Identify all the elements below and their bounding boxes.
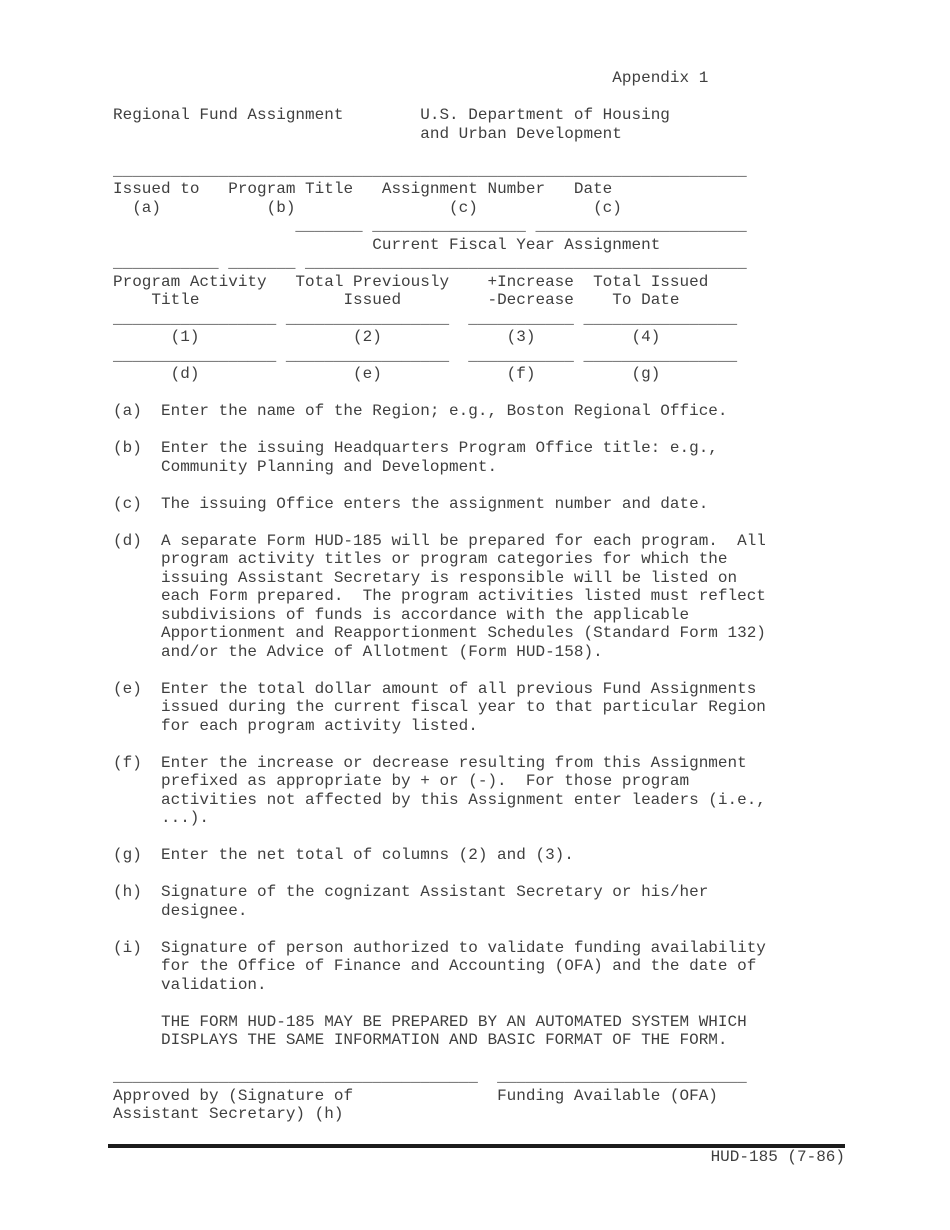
instruction-text: Signature of person authorized to valida… (161, 939, 766, 995)
table-top-rule-line: ________________________________________… (113, 162, 950, 181)
column-number-rule-line: _________________ _________________ ____… (113, 310, 950, 329)
instruction-text: Enter the net total of columns (2) and (… (161, 846, 574, 865)
instructions-list: (a)Enter the name of the Region; e.g., B… (113, 402, 950, 994)
instruction-item-i: (i)Signature of person authorized to val… (113, 939, 950, 995)
form-number: HUD-185 (7-86) (711, 1148, 845, 1166)
note-text: THE FORM HUD-185 MAY BE PREPARED BY AN A… (161, 1013, 950, 1050)
instruction-item-h: (h)Signature of the cognizant Assistant … (113, 883, 950, 920)
agency-name-line2: and Urban Development (113, 125, 950, 144)
automated-system-note: THE FORM HUD-185 MAY BE PREPARED BY AN A… (113, 1013, 950, 1050)
document-page: Appendix 1 Regional Fund AssignmentU.S. … (0, 0, 950, 1230)
instruction-label: (d) (113, 532, 161, 662)
instruction-label: (b) (113, 439, 161, 476)
column-header-row-1: Program Activity Total Previously +Incre… (113, 273, 950, 292)
table-field-letter-row: (a) (b) (c) (c) (113, 199, 950, 218)
instruction-item-f: (f)Enter the increase or decrease result… (113, 754, 950, 828)
approved-by-label-line2: Assistant Secretary) (h) (113, 1105, 950, 1124)
column-header-row-2: Title Issued -Decrease To Date (113, 291, 950, 310)
signature-rule-line: ______________________________________ _… (113, 1068, 950, 1087)
instruction-item-g: (g)Enter the net total of columns (2) an… (113, 846, 950, 865)
instruction-item-c: (c)The issuing Office enters the assignm… (113, 495, 950, 514)
assignment-form-table: ________________________________________… (113, 162, 950, 384)
signature-labels-row: Approved by (Signature ofFunding Availab… (113, 1087, 950, 1106)
instruction-label: (a) (113, 402, 161, 421)
instruction-label: (c) (113, 495, 161, 514)
instruction-label: (i) (113, 939, 161, 995)
title-row: Regional Fund AssignmentU.S. Department … (113, 106, 950, 125)
instruction-item-a: (a)Enter the name of the Region; e.g., B… (113, 402, 950, 421)
row-letter-row: (d) (e) (f) (g) (113, 365, 950, 384)
instruction-label: (e) (113, 680, 161, 736)
instruction-item-e: (e)Enter the total dollar amount of all … (113, 680, 950, 736)
table-field-header-row: Issued to Program Title Assignment Numbe… (113, 180, 950, 199)
footer-row: HUD-185 (7-86) (108, 1148, 845, 1167)
column-header-rule-line: ___________ _______ ____________________… (113, 254, 950, 273)
document-body: Appendix 1 Regional Fund AssignmentU.S. … (0, 0, 950, 1166)
instruction-text: Enter the issuing Headquarters Program O… (161, 439, 718, 476)
instruction-text: Enter the name of the Region; e.g., Bost… (161, 402, 728, 421)
form-title: Regional Fund Assignment (113, 106, 420, 125)
instruction-item-d: (d)A separate Form HUD-185 will be prepa… (113, 532, 950, 662)
instruction-text: Enter the increase or decrease resulting… (161, 754, 766, 828)
approved-by-label: Approved by (Signature of (113, 1087, 497, 1106)
appendix-label: Appendix 1 (113, 69, 950, 88)
instruction-item-b: (b)Enter the issuing Headquarters Progra… (113, 439, 950, 476)
funding-available-label: Funding Available (OFA) (497, 1087, 718, 1105)
instruction-text: The issuing Office enters the assignment… (161, 495, 708, 514)
instruction-text: Enter the total dollar amount of all pre… (161, 680, 766, 736)
instruction-text: Signature of the cognizant Assistant Sec… (161, 883, 708, 920)
instruction-label: (h) (113, 883, 161, 920)
fiscal-year-rule-line: _______ ________________ _______________… (113, 217, 950, 236)
signature-block: ______________________________________ _… (113, 1068, 950, 1124)
instruction-label: (g) (113, 846, 161, 865)
agency-name-line1: U.S. Department of Housing (420, 106, 670, 124)
row-letter-rule-line: _________________ _________________ ____… (113, 347, 950, 366)
column-number-row: (1) (2) (3) (4) (113, 328, 950, 347)
instruction-label: (f) (113, 754, 161, 828)
instruction-text: A separate Form HUD-185 will be prepared… (161, 532, 766, 662)
fiscal-year-heading: Current Fiscal Year Assignment (113, 236, 950, 255)
